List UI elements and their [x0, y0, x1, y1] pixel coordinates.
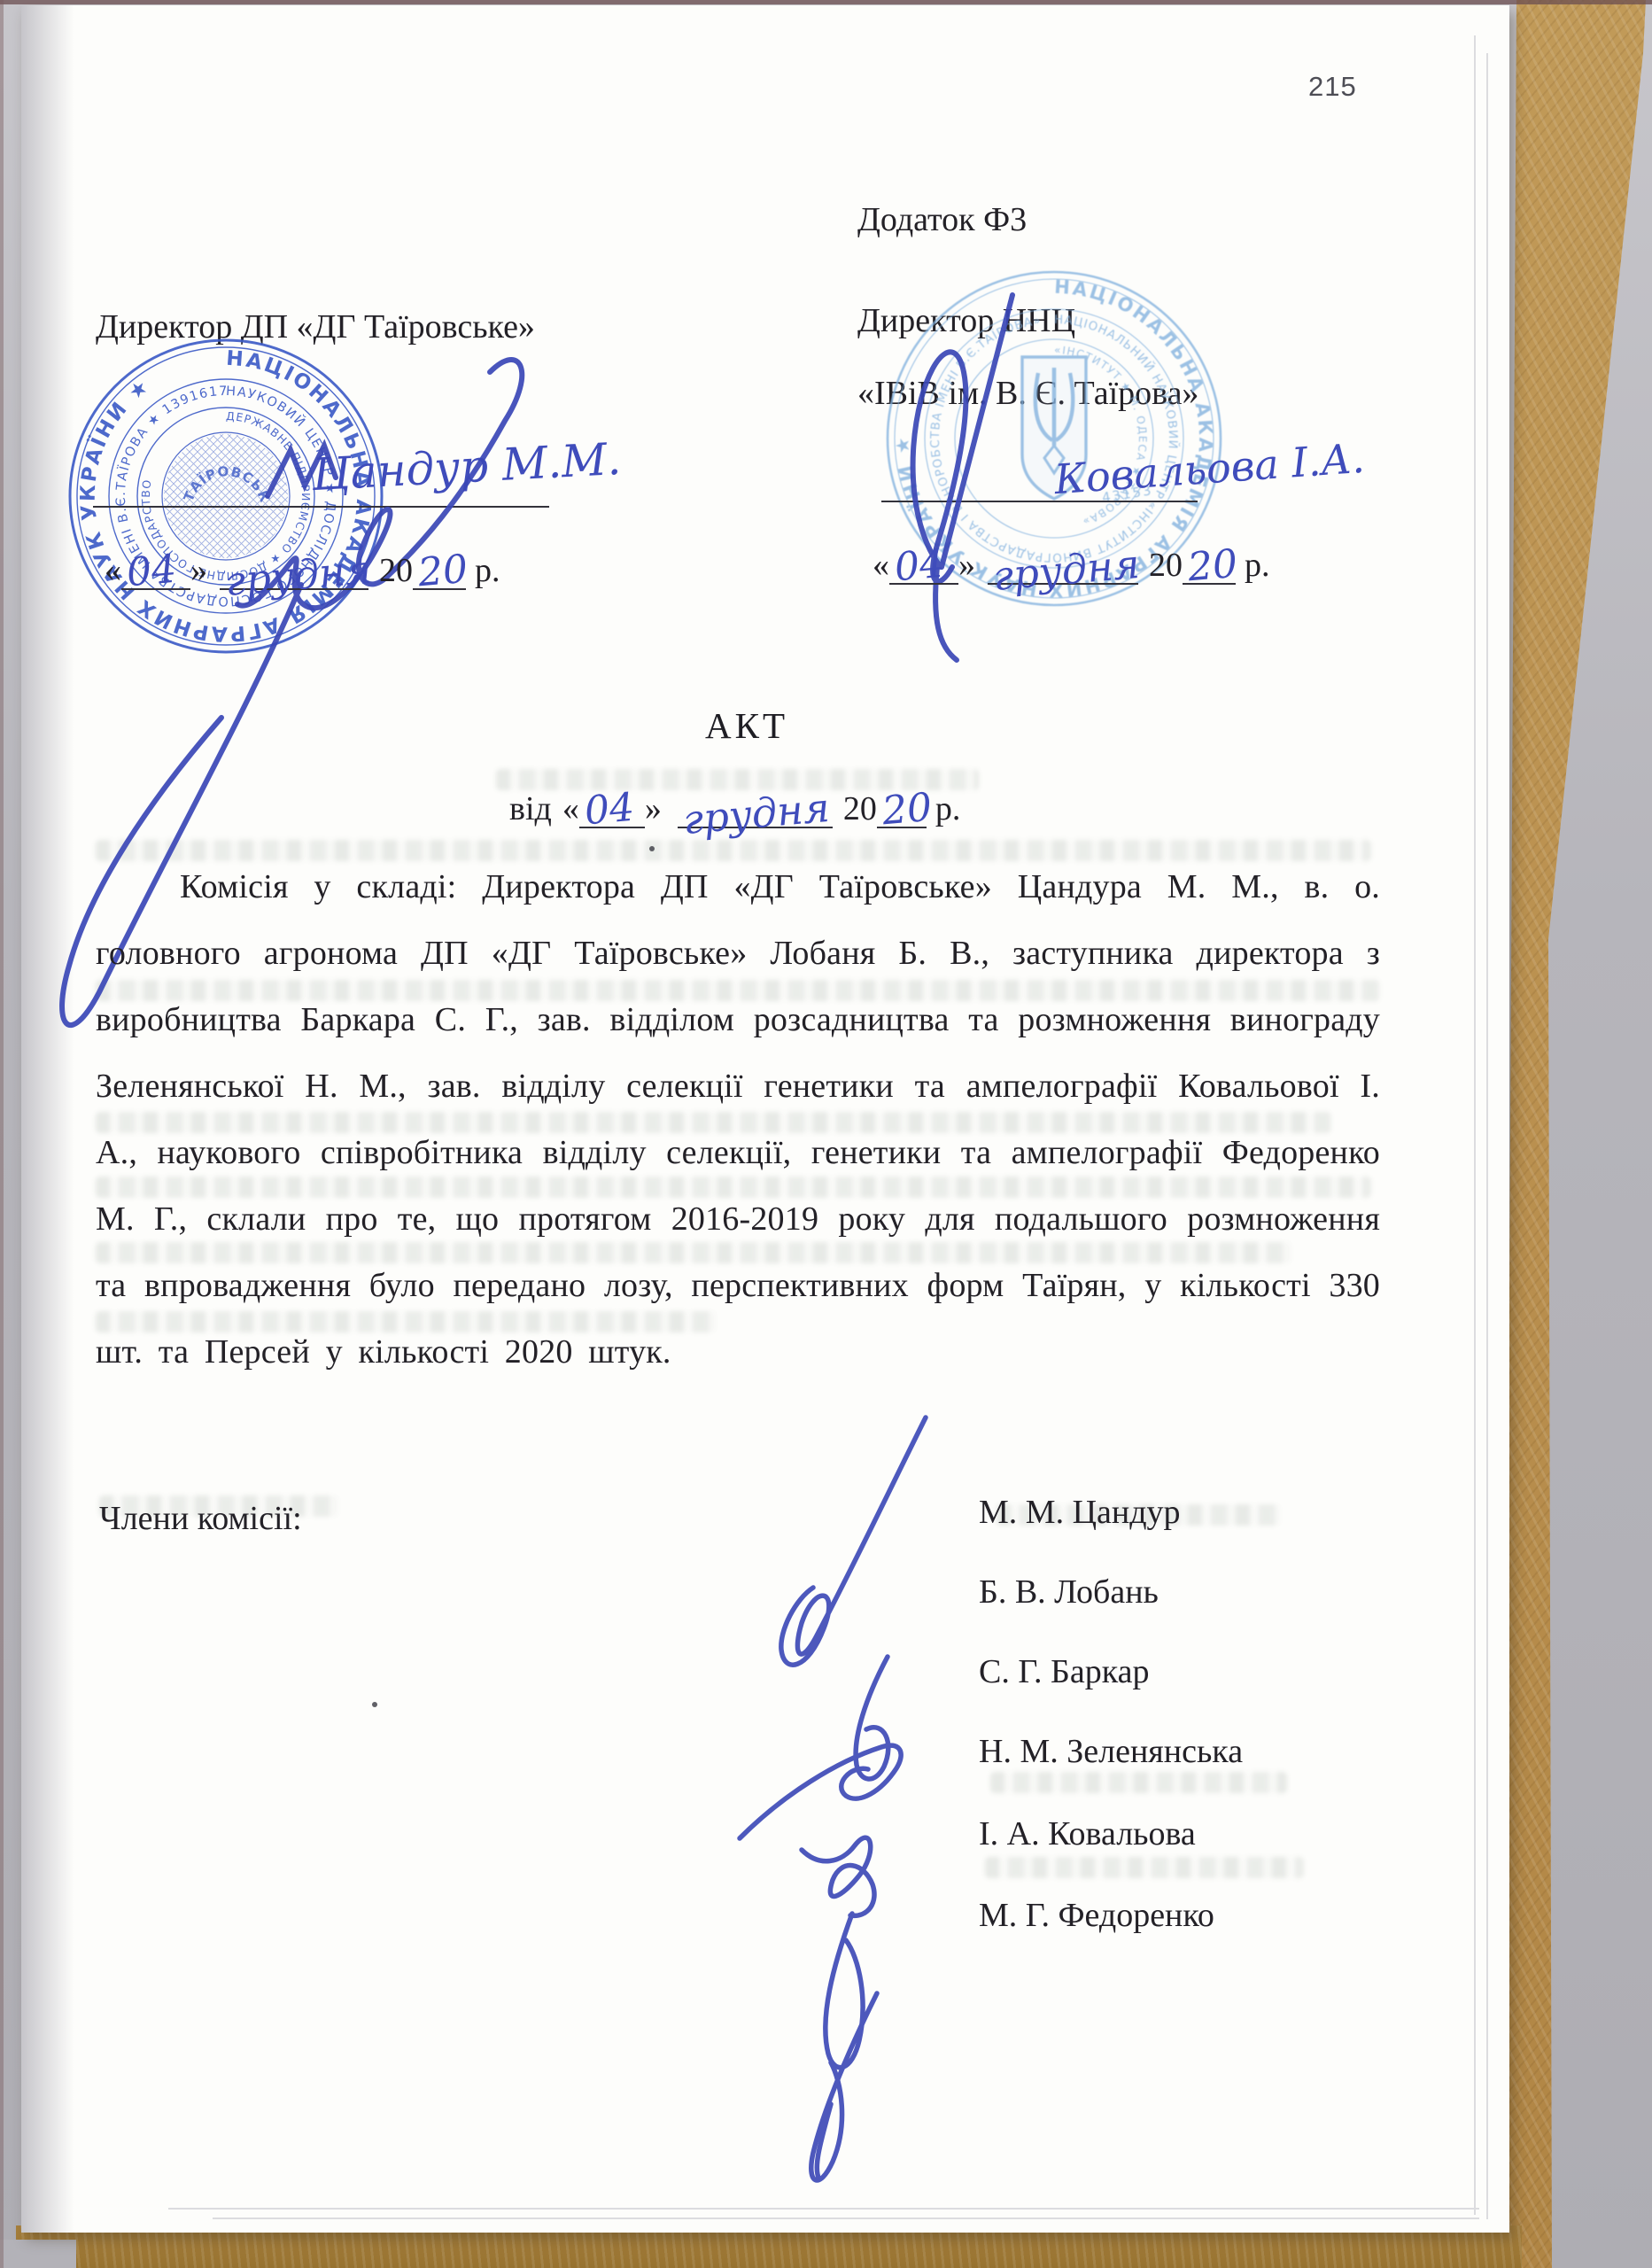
- member-signatures-scrawl: [700, 1382, 1001, 2197]
- quote-open: «: [873, 546, 889, 585]
- member-name: М. М. Цандур: [979, 1495, 1181, 1532]
- scan-speck: [372, 1702, 377, 1707]
- year-suffix: р.: [1245, 546, 1270, 585]
- page-number: 215: [1308, 71, 1357, 103]
- quote-open: «: [562, 789, 579, 828]
- day-blank: 04: [889, 548, 958, 585]
- year-suffix: р.: [475, 551, 500, 590]
- page-stack-edge: [1474, 35, 1476, 2215]
- member-name: І. А. Ковальова: [979, 1816, 1196, 1853]
- quote-close: »: [645, 789, 662, 828]
- day-handwritten: 04: [893, 541, 946, 591]
- bleed-through-line: [985, 1857, 1304, 1878]
- year-blank: 20: [1183, 548, 1236, 585]
- year-blank: 20: [413, 553, 466, 590]
- month-blank: грудня: [678, 791, 833, 828]
- year-suffix: р.: [935, 789, 961, 828]
- year-blank: 20: [877, 791, 927, 828]
- quote-close: »: [958, 546, 975, 585]
- scan-edge-top: [0, 0, 1652, 4]
- year-printed: 20: [1149, 546, 1183, 585]
- member-name: Б. В. Лобань: [979, 1574, 1159, 1612]
- page-stack-edge: [1486, 53, 1488, 2219]
- scan-speck: [649, 846, 655, 851]
- page-stack-edge: [168, 2208, 1479, 2210]
- member-name: Н. М. Зеленянська: [979, 1734, 1243, 1771]
- scanner-background-wedge: [0, 2240, 76, 2268]
- day-blank: 04: [121, 553, 190, 590]
- member-name: С. Г. Баркар: [979, 1654, 1149, 1691]
- body-paragraph: Комісія у складі: Директора ДП «ДГ Таїро…: [96, 854, 1380, 1386]
- month-blank: грудня: [220, 553, 368, 590]
- year-printed: 20: [843, 789, 877, 828]
- page-stack-edge: [213, 2218, 1479, 2219]
- month-blank: грудня: [988, 548, 1138, 585]
- day-handwritten: 04: [583, 785, 636, 835]
- quote-open: «: [105, 551, 121, 590]
- appendix-label: Додаток Ф3: [857, 202, 1027, 239]
- act-date-line: від « 04 » грудня 20 20 р.: [509, 789, 960, 828]
- year-handwritten: 20: [880, 785, 934, 835]
- right-signature-scrawl: [904, 283, 1063, 673]
- right-date-line: « 04 » грудня 20 20 р.: [873, 546, 1270, 585]
- scan-edge-left: [0, 0, 4, 2268]
- year-handwritten: 20: [416, 547, 469, 596]
- bleed-through-line: [990, 1772, 1287, 1793]
- scanned-document-page: 215 Додаток Ф3 Директор ДП «ДГ Таїровськ…: [0, 0, 1652, 2268]
- document-title: АКТ: [705, 706, 788, 746]
- member-name: М. Г. Федоренко: [979, 1898, 1214, 1935]
- members-label: Члени комісії:: [99, 1501, 302, 1538]
- day-handwritten: 04: [125, 547, 178, 596]
- year-printed: 20: [379, 551, 413, 590]
- date-prefix: від: [509, 789, 552, 828]
- day-blank: 04: [579, 791, 645, 828]
- year-handwritten: 20: [1186, 541, 1239, 591]
- left-date-line: « 04 » грудня 20 20 р.: [105, 551, 500, 590]
- quote-close: »: [190, 551, 207, 590]
